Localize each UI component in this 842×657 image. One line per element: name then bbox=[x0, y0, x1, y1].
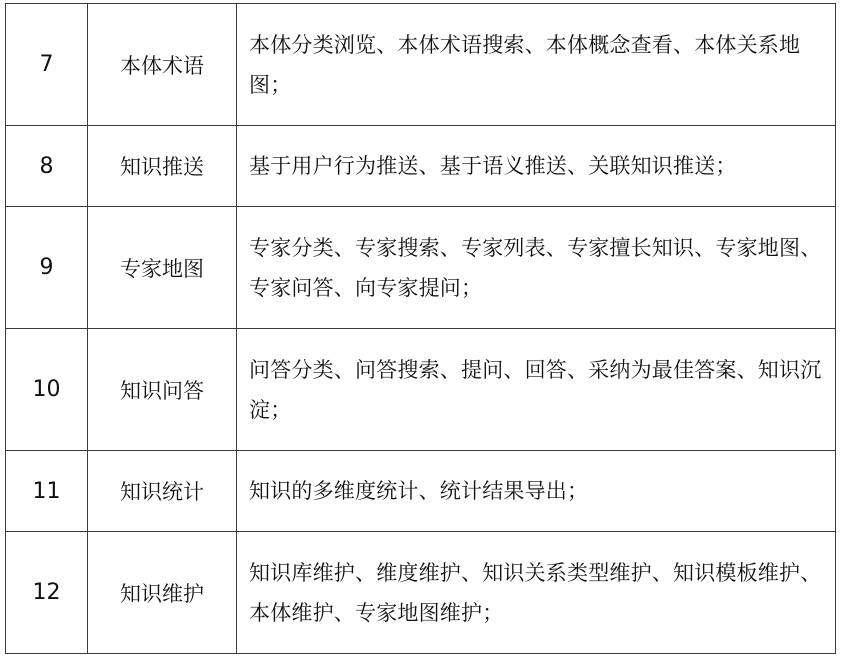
row-number: 11 bbox=[6, 451, 88, 532]
module-description: 知识的多维度统计、统计结果导出； bbox=[237, 451, 836, 532]
row-number: 12 bbox=[6, 532, 88, 654]
module-name: 知识推送 bbox=[88, 126, 237, 207]
table-row: 7 本体术语 本体分类浏览、本体术语搜索、本体概念查看、本体关系地图； bbox=[6, 4, 836, 126]
module-name: 知识问答 bbox=[88, 329, 237, 451]
module-description: 本体分类浏览、本体术语搜索、本体概念查看、本体关系地图； bbox=[237, 4, 836, 126]
module-description: 基于用户行为推送、基于语义推送、关联知识推送； bbox=[237, 126, 836, 207]
row-number: 8 bbox=[6, 126, 88, 207]
table-row: 8 知识推送 基于用户行为推送、基于语义推送、关联知识推送； bbox=[6, 126, 836, 207]
module-description: 专家分类、专家搜索、专家列表、专家擅长知识、专家地图、专家问答、向专家提问； bbox=[237, 207, 836, 329]
module-description: 知识库维护、维度维护、知识关系类型维护、知识模板维护、本体维护、专家地图维护； bbox=[237, 532, 836, 654]
module-name: 知识统计 bbox=[88, 451, 237, 532]
table-row: 12 知识维护 知识库维护、维度维护、知识关系类型维护、知识模板维护、本体维护、… bbox=[6, 532, 836, 654]
row-number: 9 bbox=[6, 207, 88, 329]
row-number: 7 bbox=[6, 4, 88, 126]
table-row: 10 知识问答 问答分类、问答搜索、提问、回答、采纳为最佳答案、知识沉淀； bbox=[6, 329, 836, 451]
module-name: 专家地图 bbox=[88, 207, 237, 329]
function-table: 7 本体术语 本体分类浏览、本体术语搜索、本体概念查看、本体关系地图； 8 知识… bbox=[5, 3, 836, 654]
row-number: 10 bbox=[6, 329, 88, 451]
module-name: 本体术语 bbox=[88, 4, 237, 126]
module-description: 问答分类、问答搜索、提问、回答、采纳为最佳答案、知识沉淀； bbox=[237, 329, 836, 451]
table-row: 11 知识统计 知识的多维度统计、统计结果导出； bbox=[6, 451, 836, 532]
table-row: 9 专家地图 专家分类、专家搜索、专家列表、专家擅长知识、专家地图、专家问答、向… bbox=[6, 207, 836, 329]
module-name: 知识维护 bbox=[88, 532, 237, 654]
